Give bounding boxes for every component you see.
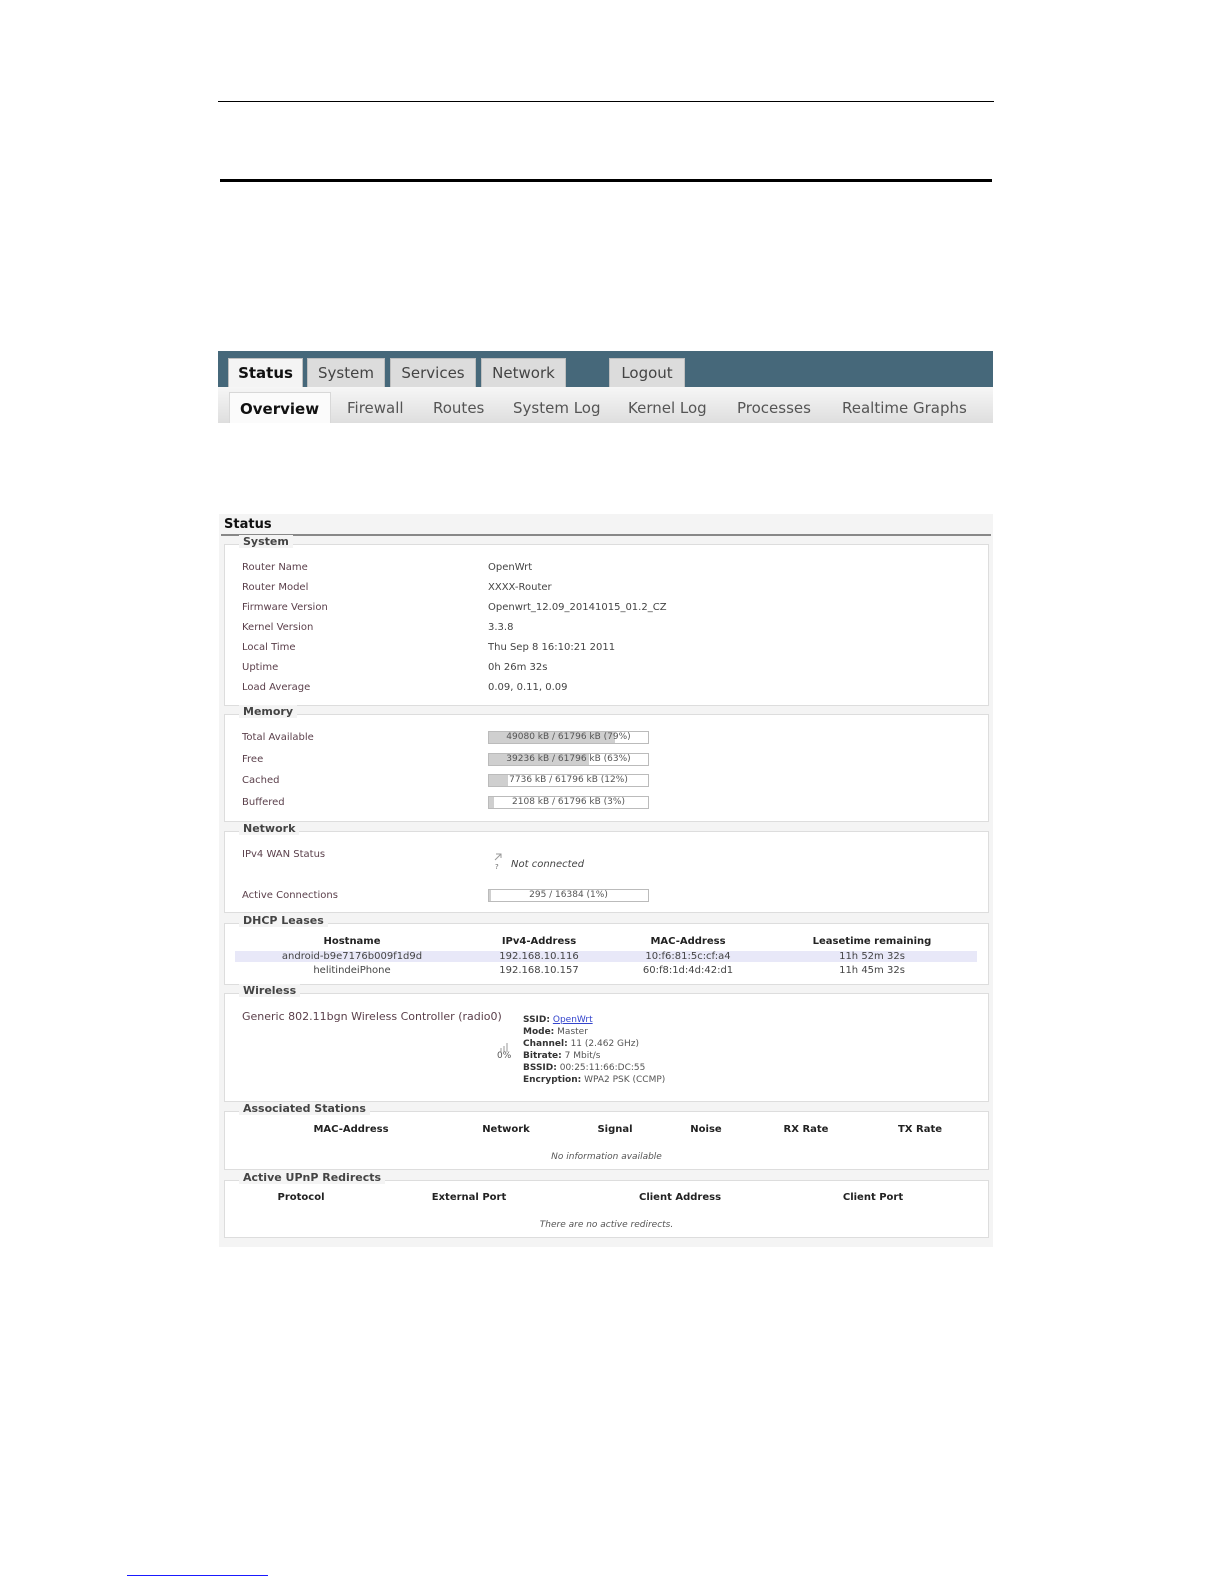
- wireless-device-name: Generic 802.11bgn Wireless Controller (r…: [242, 1010, 502, 1023]
- bitrate-value: 7 Mbit/s: [565, 1051, 601, 1061]
- bar-text: 295 / 16384 (1%): [489, 890, 648, 901]
- total-available-label: Total Available: [242, 732, 314, 743]
- upnp-redirects-section: Active UPnP Redirects Protocol External …: [224, 1180, 989, 1238]
- ssid-link[interactable]: OpenWrt: [553, 1015, 593, 1025]
- subtab-firewall[interactable]: Firewall: [347, 392, 404, 423]
- tab-services[interactable]: Services: [390, 358, 476, 387]
- dhcp-legend: DHCP Leases: [239, 914, 328, 927]
- page-title: Status: [224, 517, 272, 532]
- col-mac: MAC-Address: [628, 936, 748, 947]
- top-tab-bar: Status System Services Network Logout: [218, 351, 993, 387]
- signal-percent: 0%: [497, 1051, 511, 1061]
- cached-bar: 7736 kB / 61796 kB (12%): [488, 774, 649, 787]
- system-legend: System: [239, 535, 293, 548]
- kernel-version-value: 3.3.8: [488, 622, 513, 633]
- stations-empty-message: No information available: [225, 1152, 988, 1162]
- tab-logout[interactable]: Logout: [609, 358, 685, 387]
- footnote-link-underline[interactable]: [127, 1575, 268, 1576]
- router-model-value: XXXX-Router: [488, 582, 552, 593]
- bar-text: 2108 kB / 61796 kB (3%): [489, 797, 648, 808]
- load-average-label: Load Average: [242, 682, 310, 693]
- network-legend: Network: [239, 822, 299, 835]
- encryption-label: Encryption:: [523, 1075, 581, 1085]
- local-time-value: Thu Sep 8 16:10:21 2011: [488, 642, 615, 653]
- subtab-routes[interactable]: Routes: [433, 392, 484, 423]
- main-navigation: Status System Services Network Logout Ov…: [218, 351, 993, 423]
- kernel-version-label: Kernel Version: [242, 622, 313, 633]
- channel-label: Channel:: [523, 1039, 568, 1049]
- tab-system[interactable]: System: [307, 358, 385, 387]
- dhcp-leases-section: DHCP Leases Hostname IPv4-Address MAC-Ad…: [224, 923, 989, 985]
- encryption-value: WPA2 PSK (CCMP): [584, 1075, 665, 1085]
- network-section: Network IPv4 WAN Status ? Not connected …: [224, 831, 989, 913]
- wireless-legend: Wireless: [239, 984, 300, 997]
- title-divider: [221, 534, 991, 536]
- col-client-port: Client Port: [828, 1192, 918, 1203]
- subtab-system-log[interactable]: System Log: [513, 392, 601, 423]
- local-time-label: Local Time: [242, 642, 296, 653]
- page-header-rule: [218, 101, 994, 102]
- total-available-bar: 49080 kB / 61796 kB (79%): [488, 731, 649, 744]
- lease-1-mac: 60:f8:1d:4d:42:d1: [628, 965, 748, 976]
- wireless-section: Wireless Generic 802.11bgn Wireless Cont…: [224, 993, 989, 1102]
- tab-status[interactable]: Status: [228, 358, 303, 387]
- lease-0-ip: 192.168.10.116: [479, 951, 599, 962]
- firmware-version-label: Firmware Version: [242, 602, 328, 613]
- page-header-thick-rule: [220, 179, 992, 182]
- col-hostname: Hostname: [272, 936, 432, 947]
- system-section: System Router Name OpenWrt Router Model …: [224, 544, 989, 706]
- associated-stations-section: Associated Stations MAC-Address Network …: [224, 1111, 989, 1170]
- col-station-signal: Signal: [575, 1124, 655, 1135]
- lease-0-time: 11h 52m 32s: [792, 951, 952, 962]
- bar-text: 49080 kB / 61796 kB (79%): [489, 732, 648, 743]
- subtab-overview[interactable]: Overview: [229, 392, 331, 423]
- tab-network[interactable]: Network: [481, 358, 566, 387]
- lease-0-mac: 10:f6:81:5c:cf:a4: [628, 951, 748, 962]
- upnp-empty-message: There are no active redirects.: [225, 1220, 988, 1230]
- ssid-label: SSID:: [523, 1015, 550, 1025]
- subtab-kernel-log[interactable]: Kernel Log: [628, 392, 707, 423]
- router-name-value: OpenWrt: [488, 562, 532, 573]
- mode-label: Mode:: [523, 1027, 554, 1037]
- svg-text:?: ?: [495, 863, 499, 870]
- cached-label: Cached: [242, 775, 279, 786]
- buffered-bar: 2108 kB / 61796 kB (3%): [488, 796, 649, 809]
- mode-value: Master: [557, 1027, 588, 1037]
- uptime-value: 0h 26m 32s: [488, 662, 547, 673]
- col-station-tx-rate: TX Rate: [880, 1124, 960, 1135]
- col-station-network: Network: [466, 1124, 546, 1135]
- lease-1-ip: 192.168.10.157: [479, 965, 599, 976]
- uptime-label: Uptime: [242, 662, 278, 673]
- signal-strength-icon: [500, 1037, 510, 1049]
- firmware-version-value: Openwrt_12.09_20141015_01.2_CZ: [488, 602, 667, 613]
- wan-status-label: IPv4 WAN Status: [242, 849, 325, 860]
- col-client-address: Client Address: [625, 1192, 735, 1203]
- col-external-port: External Port: [419, 1192, 519, 1203]
- col-station-rx-rate: RX Rate: [766, 1124, 846, 1135]
- subtab-processes[interactable]: Processes: [737, 392, 811, 423]
- free-bar: 39236 kB / 61796 kB (63%): [488, 753, 649, 766]
- buffered-label: Buffered: [242, 797, 285, 808]
- sub-tab-bar: Overview Firewall Routes System Log Kern…: [218, 387, 993, 423]
- wan-status-value: Not connected: [511, 859, 584, 870]
- col-station-noise: Noise: [666, 1124, 746, 1135]
- lease-0-hostname: android-b9e7176b009f1d9d: [272, 951, 432, 962]
- col-ipv4: IPv4-Address: [479, 936, 599, 947]
- memory-section: Memory Total Available 49080 kB / 61796 …: [224, 714, 989, 822]
- channel-value: 11 (2.462 GHz): [571, 1039, 639, 1049]
- lease-1-time: 11h 45m 32s: [792, 965, 952, 976]
- memory-legend: Memory: [239, 705, 297, 718]
- bar-text: 39236 kB / 61796 kB (63%): [489, 754, 648, 765]
- upnp-legend: Active UPnP Redirects: [239, 1171, 385, 1184]
- router-model-label: Router Model: [242, 582, 308, 593]
- router-name-label: Router Name: [242, 562, 308, 573]
- bssid-value: 00:25:11:66:DC:55: [560, 1063, 646, 1073]
- bssid-label: BSSID:: [523, 1063, 557, 1073]
- active-connections-bar: 295 / 16384 (1%): [488, 889, 649, 902]
- col-protocol: Protocol: [261, 1192, 341, 1203]
- col-station-mac: MAC-Address: [291, 1124, 411, 1135]
- status-panel: Status System Router Name OpenWrt Router…: [219, 514, 993, 1247]
- bar-text: 7736 kB / 61796 kB (12%): [489, 775, 648, 786]
- load-average-value: 0.09, 0.11, 0.09: [488, 682, 568, 693]
- col-leasetime: Leasetime remaining: [792, 936, 952, 947]
- active-connections-label: Active Connections: [242, 890, 338, 901]
- stations-legend: Associated Stations: [239, 1102, 370, 1115]
- lease-1-hostname: helitindeiPhone: [272, 965, 432, 976]
- bitrate-label: Bitrate:: [523, 1051, 562, 1061]
- free-label: Free: [242, 754, 263, 765]
- network-unknown-icon: ?: [492, 850, 504, 870]
- subtab-realtime-graphs[interactable]: Realtime Graphs: [842, 392, 967, 423]
